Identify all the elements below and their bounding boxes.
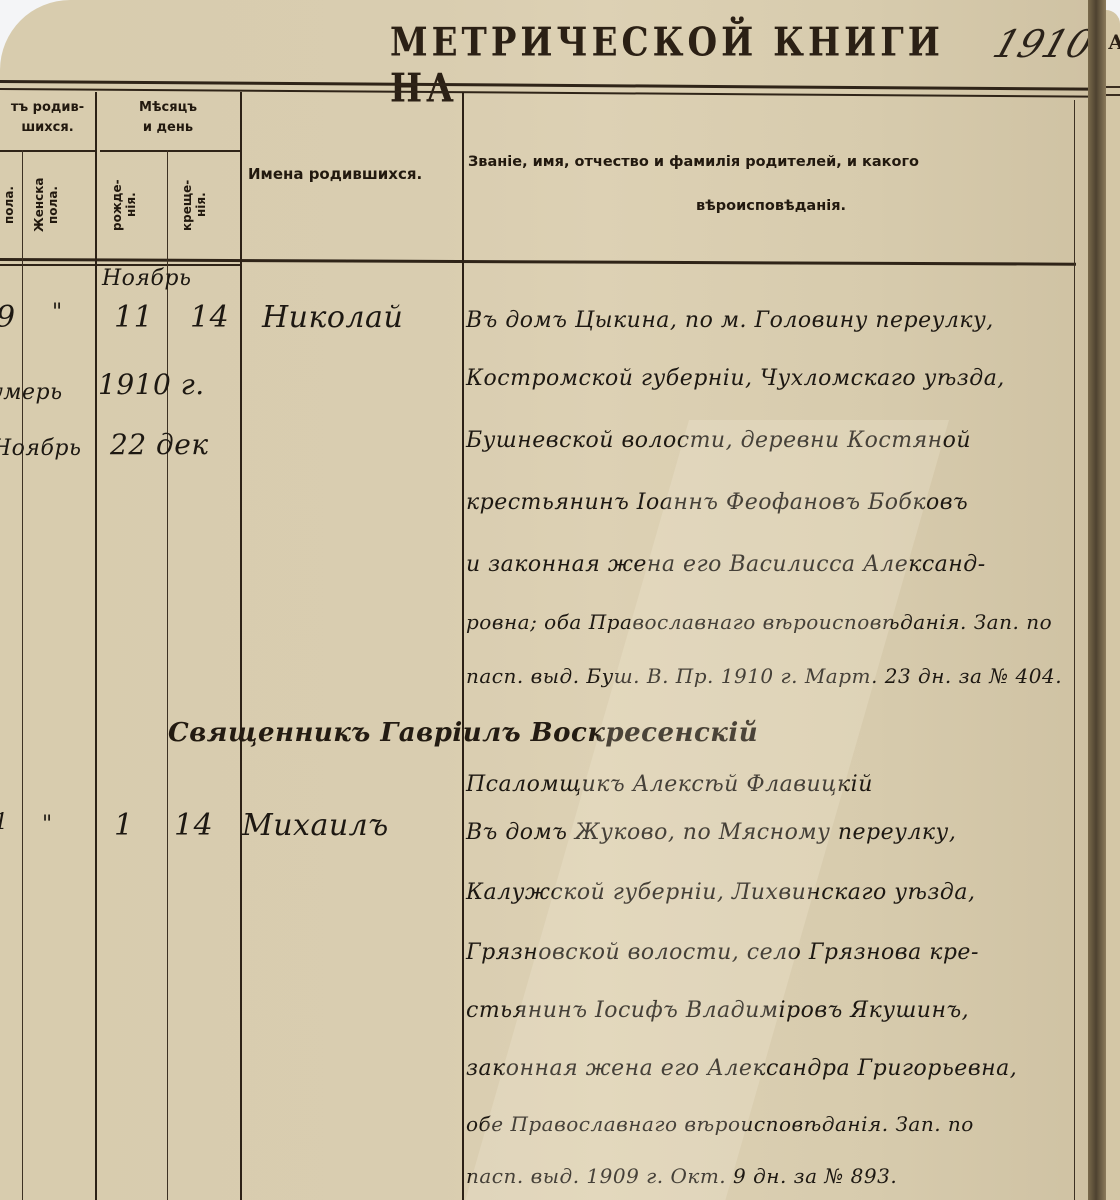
parents-line: Въ домъ Цыкина, по м. Головину переулку, — [466, 308, 994, 333]
parents-line: стьянинъ Іосифъ Владиміровъ Якушинъ, — [466, 998, 969, 1023]
col-line-male — [22, 150, 23, 1200]
header-female: Женска пола. — [32, 160, 82, 250]
female-mark: " — [52, 300, 63, 325]
margin-left-note: Ноябрь — [0, 436, 82, 461]
born-subheader-rule — [0, 150, 95, 152]
margin-note-year: 1910 г. — [98, 368, 205, 401]
title-year-handwritten: 1910 — [988, 22, 1092, 66]
parents-line: законная жена его Александра Григорьевна… — [466, 1056, 1017, 1081]
entry-number: 1 — [0, 810, 9, 835]
parents-line: ровна; оба Православнаго вѣроисповѣданія… — [466, 610, 1052, 634]
header-birth: рожде- нія. — [110, 160, 156, 250]
header-month-day: Мѣсяцъ и день — [96, 98, 240, 138]
child-name: Михаилъ — [242, 808, 389, 843]
parents-line: Костромской губерніи, Чухломскаго уѣзда, — [466, 366, 1005, 391]
adjacent-page-header-fragment: А — [1108, 30, 1120, 54]
page-title: МЕТРИЧЕСКОЙ КНИГИ НА 1910 — [390, 22, 1092, 78]
month-subheader-rule — [100, 150, 240, 152]
entry-number: 9 — [0, 300, 16, 335]
header-born-count: тъ родив- шихся. — [0, 98, 95, 138]
baptism-day: 14 — [190, 300, 229, 335]
birth-day: 11 — [114, 300, 153, 335]
parents-line: Калужской губерніи, Лихвинскаго уѣзда, — [466, 880, 975, 905]
month-label: Ноябрь — [102, 266, 192, 291]
officiant-signature: Священникъ Гавріилъ Воскресенскій — [168, 718, 758, 748]
psalmist-signature: Псаломщикъ Алексѣй Флавицкій — [466, 772, 873, 797]
header-baptism: креще- нія. — [180, 160, 226, 250]
female-mark: " — [42, 812, 53, 837]
parents-line: обе Православнаго вѣроисповѣданія. Зап. … — [466, 1112, 974, 1136]
birth-day: 1 — [114, 808, 134, 843]
col-line-right-border — [1074, 100, 1075, 1200]
title-printed: МЕТРИЧЕСКОЙ КНИГИ НА — [390, 20, 981, 112]
parents-line: Бушневской волости, деревни Костяной — [466, 428, 971, 453]
col-line-parents — [462, 92, 464, 1200]
parents-line: Грязновской волости, село Грязнова кре- — [466, 940, 979, 965]
margin-note-date: 22 дек — [110, 428, 209, 461]
parents-line: крестьянинъ Іоаннъ Феофановъ Бобковъ — [466, 490, 968, 515]
header-names: Имена родившихся. — [248, 165, 462, 183]
header-parents: Званіе, имя, отчество и фамилія родителе… — [468, 140, 1074, 228]
child-name: Николай — [262, 300, 403, 335]
col-line-baptism — [167, 150, 168, 1200]
header-male: пола. — [2, 170, 16, 240]
adjacent-page-edge: А — [1106, 10, 1120, 1200]
parents-line: Въ домъ Жуково, по Мясному переулку, — [466, 820, 956, 845]
adjacent-page-rule — [1106, 86, 1120, 88]
parents-line: и законная жена его Василисса Александ- — [466, 552, 986, 577]
col-line-names — [240, 92, 242, 1200]
baptism-day: 14 — [174, 808, 213, 843]
book-gutter — [1088, 0, 1106, 1200]
register-page: МЕТРИЧЕСКОЙ КНИГИ НА 1910 тъ родив- шихс… — [0, 0, 1092, 1200]
col-line-month — [95, 92, 97, 1200]
margin-left-note: умерь — [0, 380, 63, 405]
parents-line: пасп. выд. 1909 г. Окт. 9 дн. за № 893. — [466, 1164, 897, 1188]
adjacent-page-rule — [1106, 94, 1120, 96]
parents-line: пасп. выд. Буш. В. Пр. 1910 г. Март. 23 … — [466, 664, 1062, 688]
